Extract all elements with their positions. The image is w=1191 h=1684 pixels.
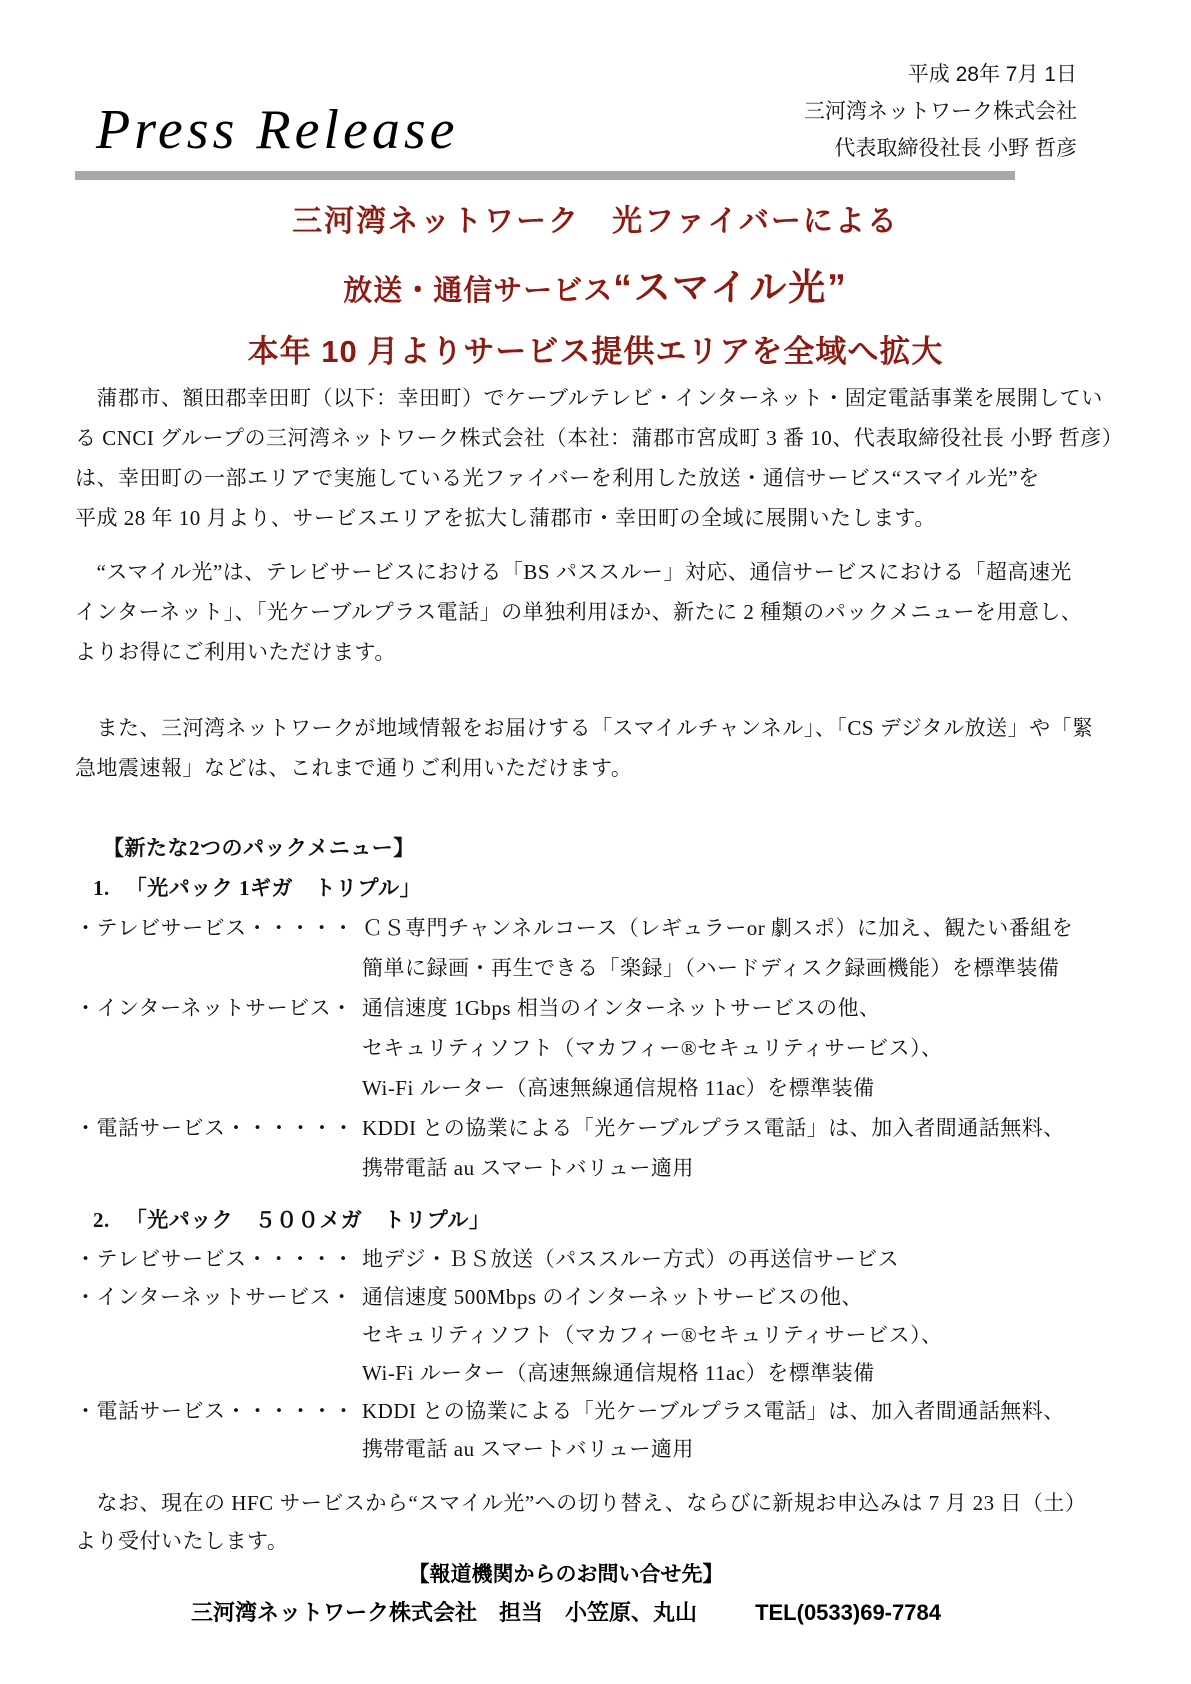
bullet-desc: 地デジ・ＢＳ放送（パススルー方式）の再送信サービス — [362, 1240, 1123, 1278]
press-release-logo: Press Release — [96, 98, 459, 162]
press-contact-heading: 【報道機関からのお問い合せ先】 — [0, 1558, 1132, 1592]
text-line: は、幸田町の一部エリアで実施している光ファイバーを利用した放送・通信サービス“ス… — [75, 458, 1123, 498]
text-line: 蒲郡市、額田郡幸田町（以下：幸田町）でケーブルテレビ・インターネット・固定電話事… — [75, 378, 1123, 418]
pack-1-title: 1.「光パック 1ギガ トリプル」 — [75, 868, 1123, 908]
bullet-label: ・テレビサービス・・・・・ — [75, 908, 362, 988]
bullet-desc: ＣＳ専門チャンネルコース（レギュラーor 劇スポ）に加え、観たい番組を 簡単に録… — [362, 908, 1123, 988]
pack-1-internet-item: ・インターネットサービス・ 通信速度 1Gbps 相当のインターネットサービスの… — [75, 988, 1123, 1108]
bullet-label: ・インターネットサービス・ — [75, 988, 362, 1108]
text-line: 携帯電話 au スマートバリュー適用 — [362, 1148, 1123, 1188]
text-line: セキュリティソフト（マカフィー®セキュリティサービス）、 — [362, 1316, 1123, 1354]
text-line: KDDI との協業による「光ケーブルプラス電話」は、加入者間通話無料、 — [362, 1108, 1123, 1148]
pack-1-number: 1. — [93, 868, 110, 908]
title-line-1: 三河湾ネットワーク 光ファイバーによる — [0, 202, 1191, 242]
press-contact-line: 三河湾ネットワーク株式会社 担当 小笠原、丸山TEL(0533)69-7784 — [0, 1594, 1132, 1632]
pack-2-phone-item: ・電話サービス・・・・・・ KDDI との協業による「光ケーブルプラス電話」は、… — [75, 1392, 1123, 1468]
pack-2-number: 2. — [93, 1200, 110, 1240]
title-line-2-brand: “スマイル光” — [613, 267, 848, 308]
text-line: 急地震速報」などは、これまで通りご利用いただけます。 — [75, 748, 1123, 788]
text-line: 地デジ・ＢＳ放送（パススルー方式）の再送信サービス — [362, 1240, 1123, 1278]
pack-1-tv-item: ・テレビサービス・・・・・ ＣＳ専門チャンネルコース（レギュラーor 劇スポ）に… — [75, 908, 1123, 988]
press-release-page: 平成 28年 7月 1日 三河湾ネットワーク株式会社 代表取締役社長 小野 哲彦… — [0, 0, 1191, 1684]
bullet-label: ・電話サービス・・・・・・ — [75, 1392, 362, 1468]
contact-phone: TEL(0533)69-7784 — [755, 1600, 941, 1625]
text-line: また、三河湾ネットワークが地域情報をお届けする「スマイルチャンネル」、「CS デ… — [75, 708, 1123, 748]
paragraph-intro: 蒲郡市、額田郡幸田町（以下：幸田町）でケーブルテレビ・インターネット・固定電話事… — [75, 378, 1123, 538]
bullet-label: ・インターネットサービス・ — [75, 1278, 362, 1392]
header-rule — [75, 171, 1015, 180]
text-line: セキュリティソフト（マカフィー®セキュリティサービス）、 — [362, 1028, 1123, 1068]
text-line: インターネット」、「光ケーブルプラス電話」の単独利用ほか、新たに 2 種類のパッ… — [75, 592, 1123, 632]
document-title: 三河湾ネットワーク 光ファイバーによる 放送・通信サービス“スマイル光” 本年 … — [0, 202, 1191, 373]
paragraph-service: “スマイル光”は、テレビサービスにおける「BS パススルー」対応、通信サービスに… — [75, 552, 1123, 672]
bullet-desc: 通信速度 500Mbps のインターネットサービスの他、 セキュリティソフト（マ… — [362, 1278, 1123, 1392]
pack-2-name: 「光パック ５００メガ トリプル」 — [126, 1208, 491, 1232]
pack-1-phone-item: ・電話サービス・・・・・・ KDDI との協業による「光ケーブルプラス電話」は、… — [75, 1108, 1123, 1188]
bullet-desc: 通信速度 1Gbps 相当のインターネットサービスの他、 セキュリティソフト（マ… — [362, 988, 1123, 1108]
text-line: ＣＳ専門チャンネルコース（レギュラーor 劇スポ）に加え、観たい番組を — [362, 908, 1123, 948]
bullet-desc: KDDI との協業による「光ケーブルプラス電話」は、加入者間通話無料、 携帯電話… — [362, 1392, 1123, 1468]
title-line-3: 本年 10 月よりサービス提供エリアを全域へ拡大 — [0, 331, 1191, 373]
document-body: 蒲郡市、額田郡幸田町（以下：幸田町）でケーブルテレビ・インターネット・固定電話事… — [75, 378, 1123, 1560]
issue-date: 平成 28年 7月 1日 — [804, 56, 1077, 93]
text-line: 簡単に録画・再生できる「楽録」（ハードディスク録画機能）を標準装備 — [362, 948, 1123, 988]
text-line: Wi-Fi ルーター（高速無線通信規格 11ac）を標準装備 — [362, 1354, 1123, 1392]
pack-2-items: ・テレビサービス・・・・・ 地デジ・ＢＳ放送（パススルー方式）の再送信サービス … — [75, 1240, 1123, 1468]
text-line: Wi-Fi ルーター（高速無線通信規格 11ac）を標準装備 — [362, 1068, 1123, 1108]
text-line: より受付いたします。 — [75, 1522, 1123, 1560]
text-line: 携帯電話 au スマートバリュー適用 — [362, 1430, 1123, 1468]
pack-2-title: 2.「光パック ５００メガ トリプル」 — [75, 1200, 1123, 1240]
paragraph-closing: なお、現在の HFC サービスから“スマイル光”への切り替え、ならびに新規お申込… — [75, 1484, 1123, 1560]
president-name: 代表取締役社長 小野 哲彦 — [804, 130, 1077, 167]
paragraph-channels: また、三河湾ネットワークが地域情報をお届けする「スマイルチャンネル」、「CS デ… — [75, 708, 1123, 788]
bullet-label: ・テレビサービス・・・・・ — [75, 1240, 362, 1278]
text-line: なお、現在の HFC サービスから“スマイル光”への切り替え、ならびに新規お申込… — [75, 1484, 1123, 1522]
text-line: KDDI との協業による「光ケーブルプラス電話」は、加入者間通話無料、 — [362, 1392, 1123, 1430]
text-line: る CNCI グループの三河湾ネットワーク株式会社（本社：蒲郡市宮成町 3 番 … — [75, 418, 1123, 458]
pack-menu-heading: 【新たな2つのパックメニュー】 — [75, 828, 1123, 868]
text-line: 通信速度 500Mbps のインターネットサービスの他、 — [362, 1278, 1123, 1316]
header-meta: 平成 28年 7月 1日 三河湾ネットワーク株式会社 代表取締役社長 小野 哲彦 — [804, 56, 1077, 167]
pack-2-tv-item: ・テレビサービス・・・・・ 地デジ・ＢＳ放送（パススルー方式）の再送信サービス — [75, 1240, 1123, 1278]
title-line-2-prefix: 放送・通信サービス — [343, 275, 613, 307]
title-line-2: 放送・通信サービス“スマイル光” — [0, 266, 1191, 313]
text-line: 平成 28 年 10 月より、サービスエリアを拡大し蒲郡市・幸田町の全域に展開い… — [75, 498, 1123, 538]
bullet-desc: KDDI との協業による「光ケーブルプラス電話」は、加入者間通話無料、 携帯電話… — [362, 1108, 1123, 1188]
pack-1-name: 「光パック 1ギガ トリプル」 — [126, 876, 421, 900]
bullet-label: ・電話サービス・・・・・・ — [75, 1108, 362, 1188]
pack-2-internet-item: ・インターネットサービス・ 通信速度 500Mbps のインターネットサービスの… — [75, 1278, 1123, 1392]
company-name: 三河湾ネットワーク株式会社 — [804, 93, 1077, 130]
contact-persons: 三河湾ネットワーク株式会社 担当 小笠原、丸山 — [191, 1600, 697, 1625]
text-line: “スマイル光”は、テレビサービスにおける「BS パススルー」対応、通信サービスに… — [75, 552, 1123, 592]
text-line: よりお得にご利用いただけます。 — [75, 632, 1123, 672]
text-line: 通信速度 1Gbps 相当のインターネットサービスの他、 — [362, 988, 1123, 1028]
pack-1-items: ・テレビサービス・・・・・ ＣＳ専門チャンネルコース（レギュラーor 劇スポ）に… — [75, 908, 1123, 1188]
